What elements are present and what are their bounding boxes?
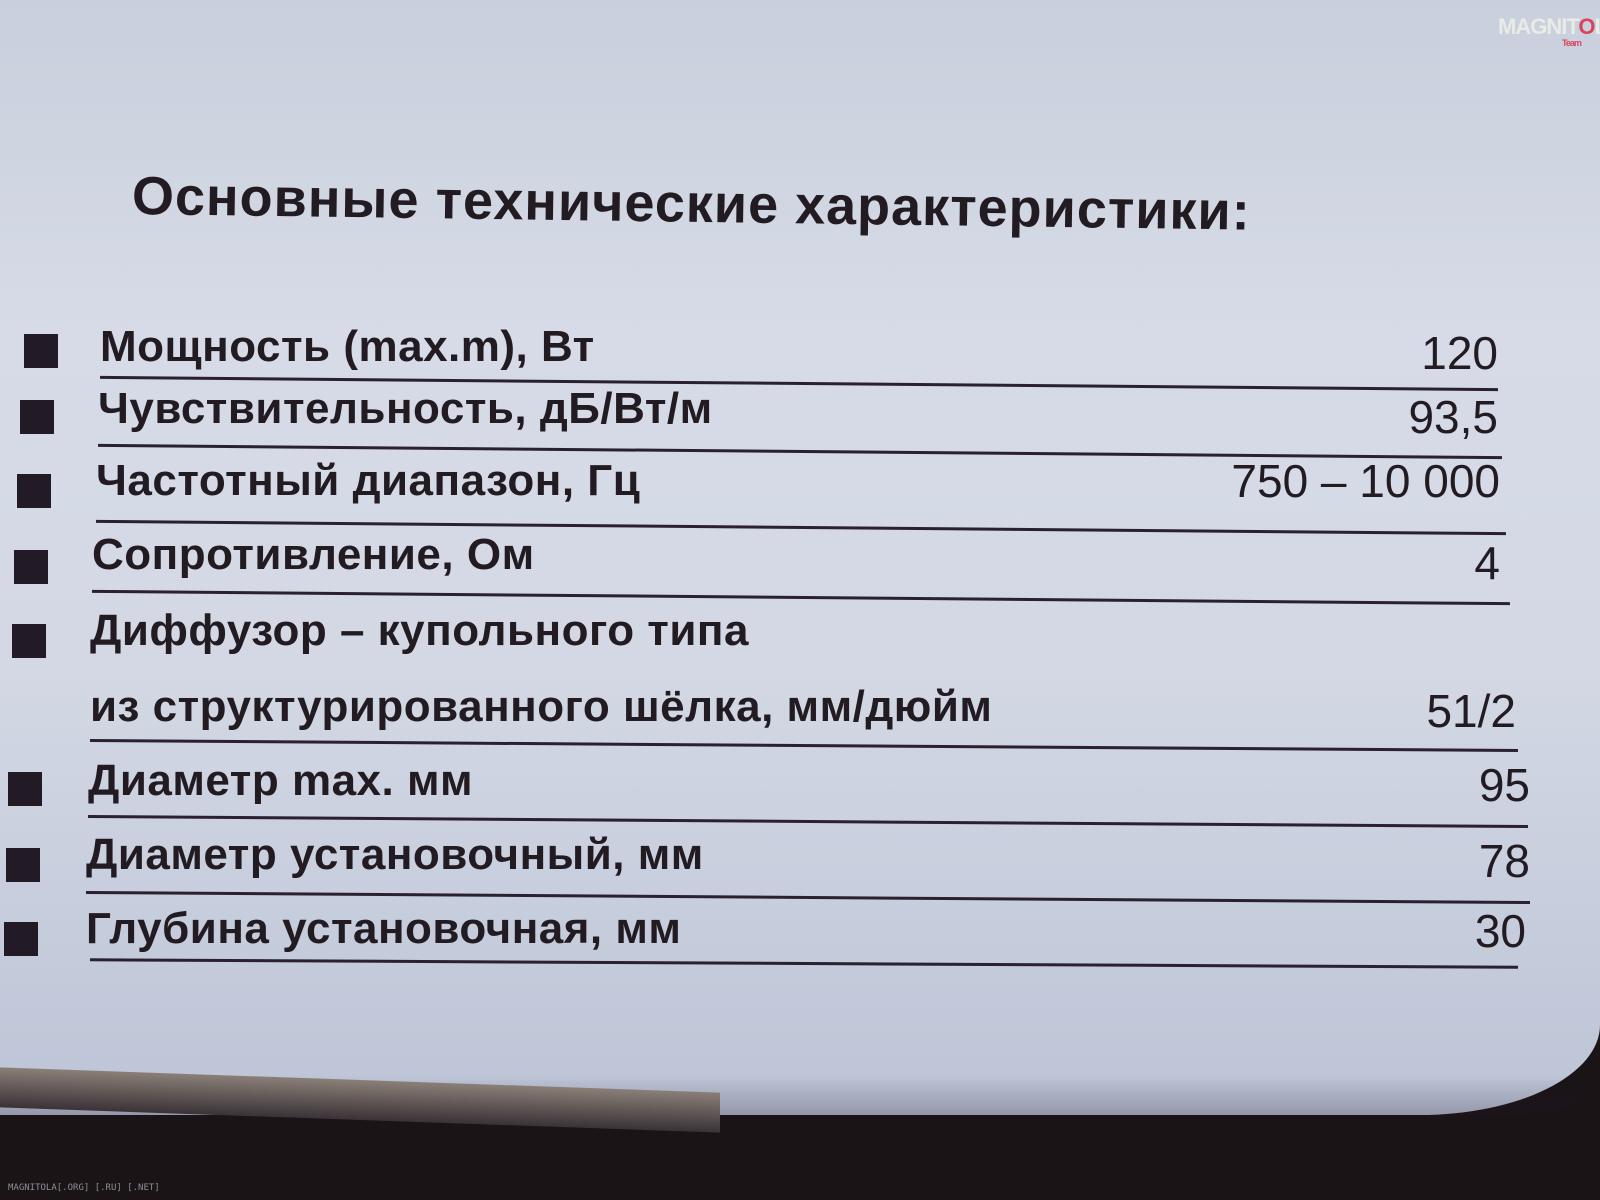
- spec-label: Мощность (max.m), Вт: [100, 322, 595, 372]
- black-square-icon: [6, 848, 40, 882]
- magnitola-logo: MAGNITOLA Team: [1498, 14, 1600, 40]
- spec-value: 93,5: [998, 390, 1498, 444]
- spec-row: Сопротивление, Ом 4: [0, 528, 1560, 598]
- spec-label: Частотный диапазон, Гц: [96, 456, 640, 506]
- spec-row: Диффузор – купольного типа из структурир…: [0, 604, 1560, 744]
- spec-value: 95: [1030, 758, 1530, 812]
- black-square-icon: [20, 400, 54, 434]
- spec-row: Частотный диапазон, Гц 750 – 10 000: [0, 452, 1560, 522]
- logo-text-a: MAGNIT: [1498, 14, 1578, 39]
- spec-label: Диаметр установочный, мм: [86, 830, 704, 880]
- spec-label: Диффузор – купольного типа: [90, 606, 749, 656]
- spec-label: Глубина установочная, мм: [86, 904, 681, 954]
- logo-text-o: O: [1578, 14, 1594, 39]
- spec-value: 78: [1030, 834, 1530, 888]
- spec-label: Диаметр max. мм: [88, 756, 473, 806]
- black-square-icon: [17, 474, 51, 508]
- spec-value: 30: [1026, 904, 1526, 958]
- spec-value: 750 – 10 000: [1000, 454, 1500, 508]
- site-watermark: MAGNITOLA[.ORG] [.RU] [.NET]: [8, 1183, 160, 1193]
- black-square-icon: [12, 624, 46, 658]
- spec-row: Диаметр max. мм 95: [0, 752, 1560, 822]
- spec-row: Чувствительность, дБ/Вт/м 93,5: [0, 380, 1560, 450]
- black-square-icon: [14, 550, 48, 584]
- spec-label: Сопротивление, Ом: [92, 530, 535, 580]
- logo-text-b: LA: [1595, 14, 1600, 39]
- logo-subtext: Team: [1562, 38, 1581, 48]
- spec-value: 120: [998, 326, 1498, 380]
- black-square-icon: [4, 922, 38, 956]
- spec-value: 4: [1000, 536, 1500, 590]
- spec-label: Чувствительность, дБ/Вт/м: [98, 384, 713, 434]
- spec-value: 51/2: [1016, 684, 1516, 738]
- black-square-icon: [8, 772, 42, 806]
- spec-label-line2: из структурированного шёлка, мм/дюйм: [90, 682, 992, 732]
- black-square-icon: [24, 334, 58, 368]
- spec-row: Диаметр установочный, мм 78: [0, 826, 1560, 896]
- spec-row: Мощность (max.m), Вт 120: [0, 312, 1560, 382]
